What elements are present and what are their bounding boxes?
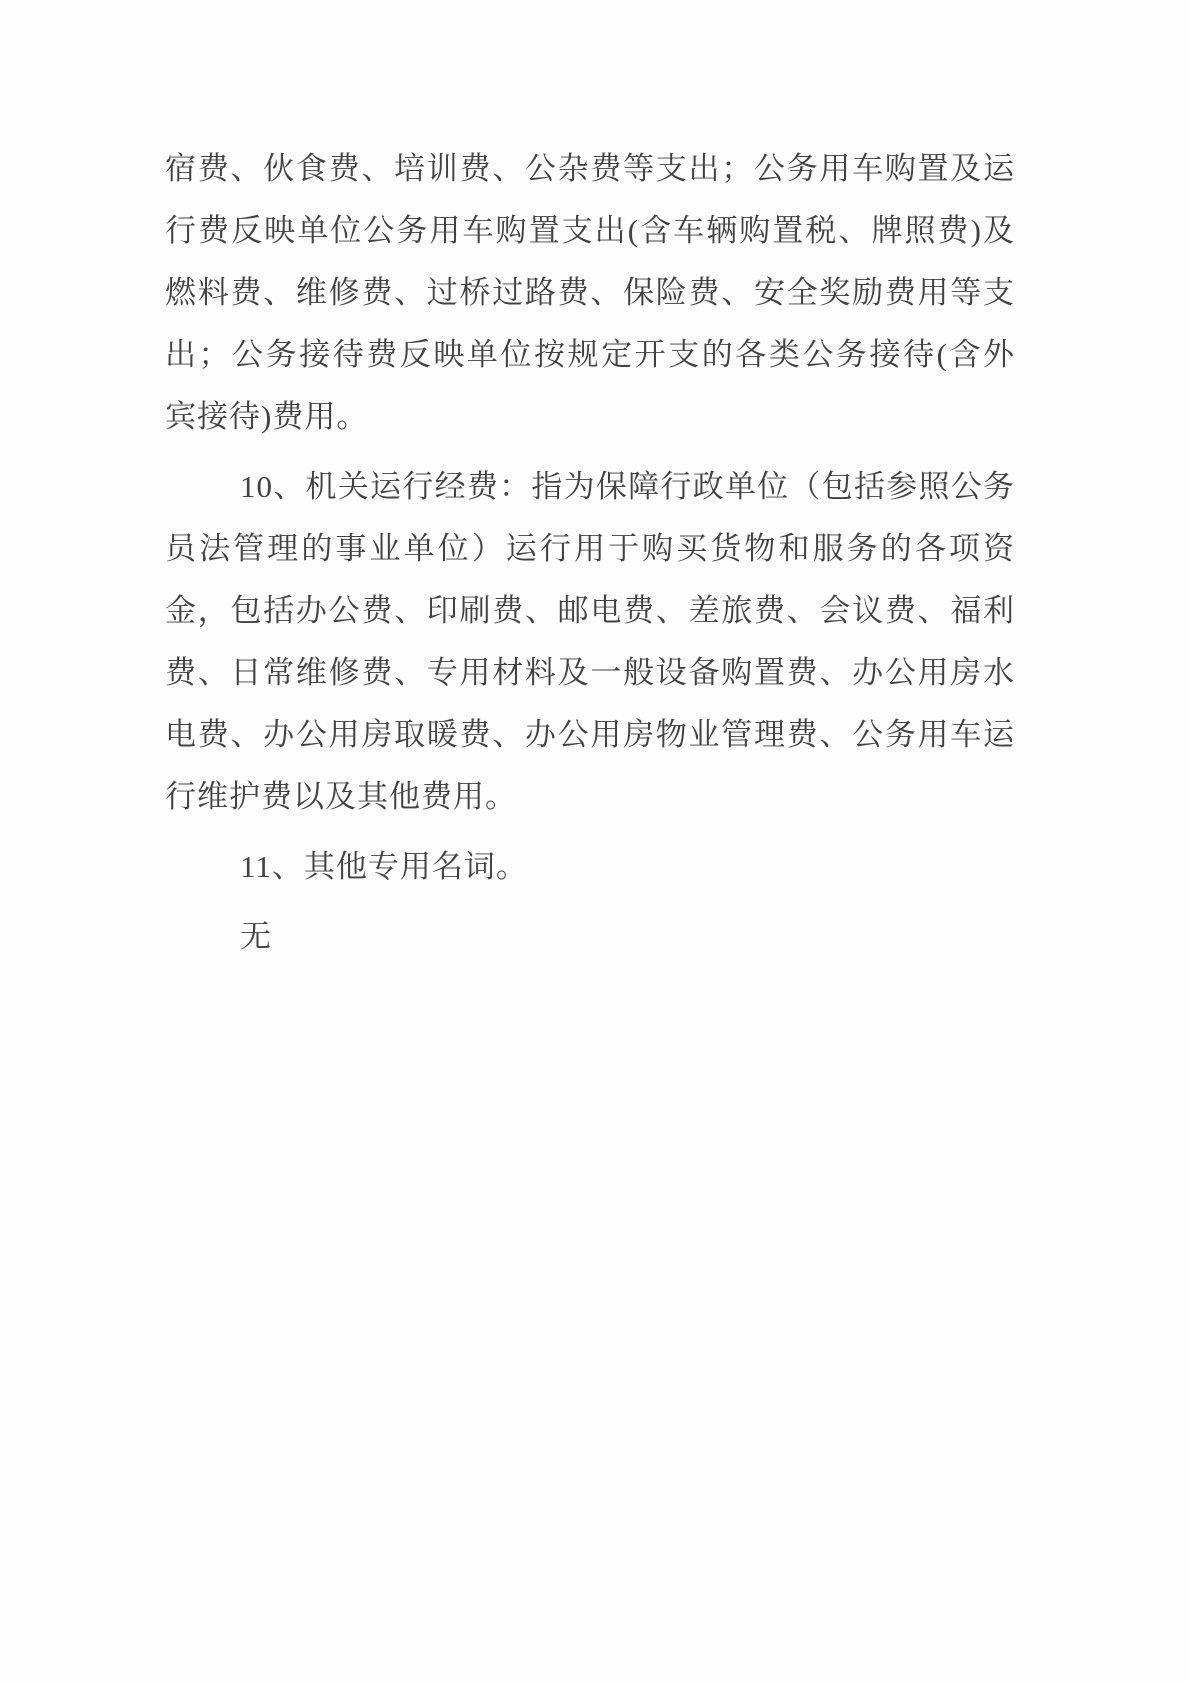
text-line: 宿费、伙食费、培训费、公杂费等支出；公务用车购置及运 xyxy=(165,138,1015,200)
text-line: 燃料费、维修费、过桥过路费、保险费、安全奖励费用等支 xyxy=(165,262,1015,324)
text-line: 电费、办公用房取暖费、办公用房物业管理费、公务用车运 xyxy=(165,704,1015,766)
text-line: 金，包括办公费、印刷费、邮电费、差旅费、会议费、福利 xyxy=(165,580,1015,642)
text-line: 10、机关运行经费：指为保障行政单位（包括参照公务 xyxy=(165,456,1015,518)
document-body: 宿费、伙食费、培训费、公杂费等支出；公务用车购置及运行费反映单位公务用车购置支出… xyxy=(165,138,1015,968)
text-line: 11、其他专用名词。 xyxy=(165,836,1015,898)
text-line: 行费反映单位公务用车购置支出(含车辆购置税、牌照费)及 xyxy=(165,200,1015,262)
document-page: 宿费、伙食费、培训费、公杂费等支出；公务用车购置及运行费反映单位公务用车购置支出… xyxy=(0,0,1190,1682)
text-line: 无 xyxy=(165,906,1015,968)
text-line: 费、日常维修费、专用材料及一般设备购置费、办公用房水 xyxy=(165,642,1015,704)
paragraph: 10、机关运行经费：指为保障行政单位（包括参照公务员法管理的事业单位）运行用于购… xyxy=(165,456,1015,828)
paragraph: 11、其他专用名词。 xyxy=(165,836,1015,898)
text-line: 宾接待)费用。 xyxy=(165,386,1015,448)
text-line: 行维护费以及其他费用。 xyxy=(165,766,1015,828)
text-line: 出；公务接待费反映单位按规定开支的各类公务接待(含外 xyxy=(165,324,1015,386)
paragraph: 无 xyxy=(165,906,1015,968)
paragraph: 宿费、伙食费、培训费、公杂费等支出；公务用车购置及运行费反映单位公务用车购置支出… xyxy=(165,138,1015,448)
text-line: 员法管理的事业单位）运行用于购买货物和服务的各项资 xyxy=(165,518,1015,580)
